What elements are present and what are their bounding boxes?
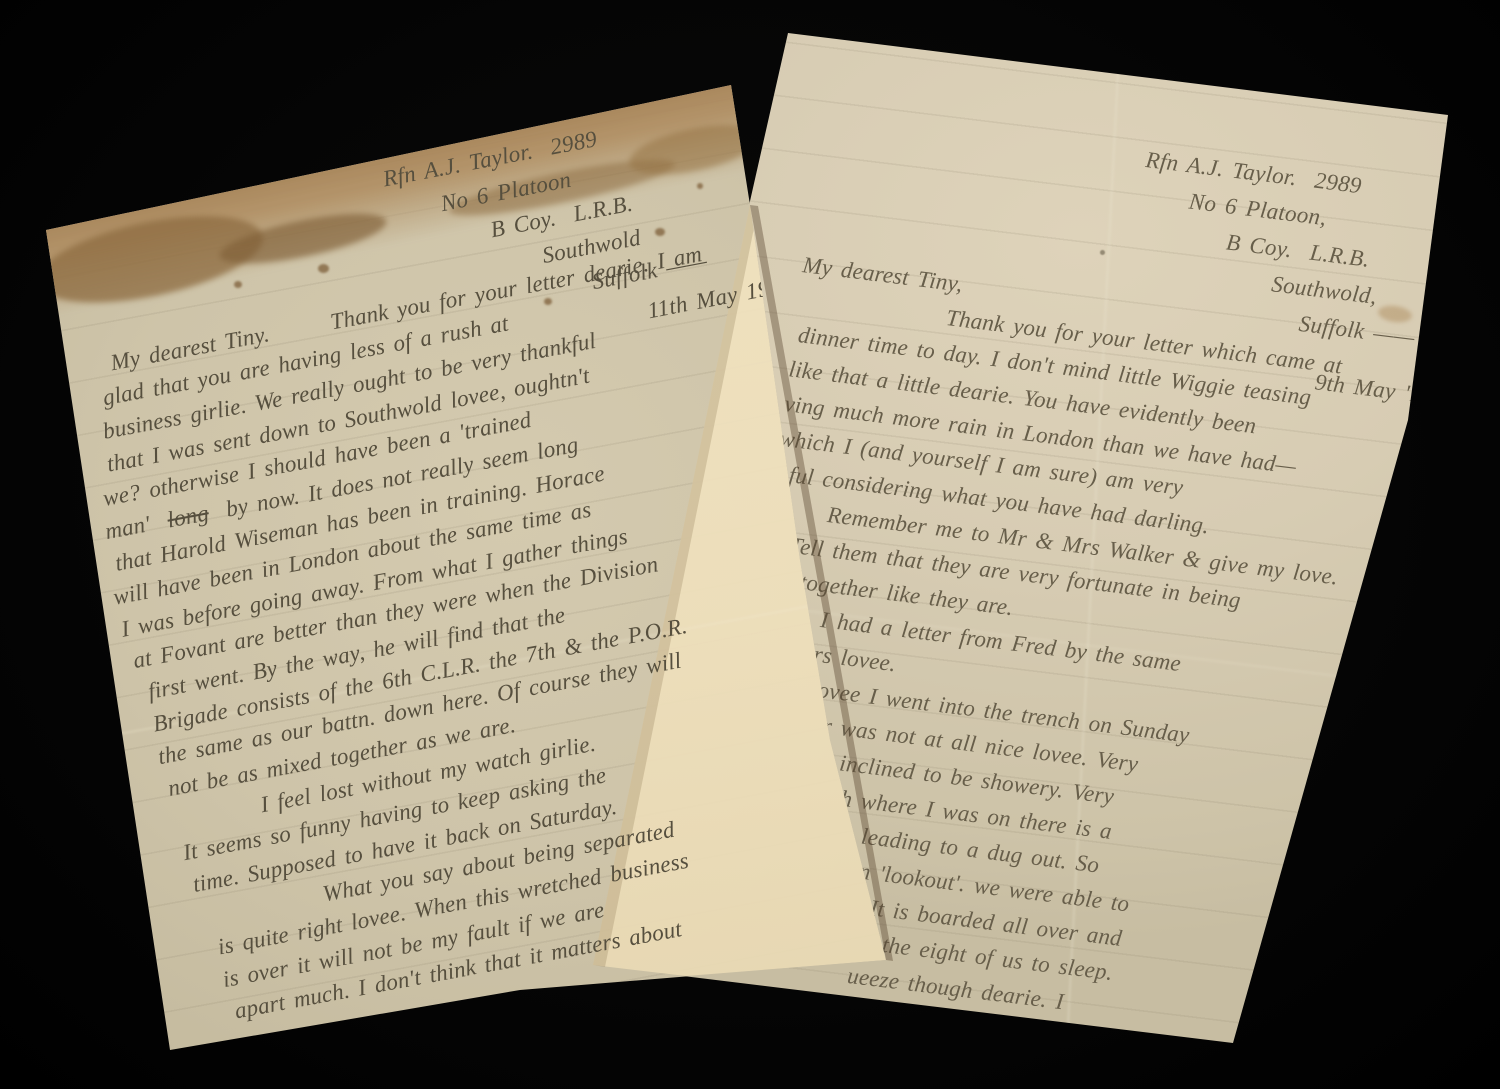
stain-speck: [318, 264, 329, 273]
photo-background: Rfn A.J. Taylor. 2989No 6 Platoon,B Coy.…: [0, 0, 1500, 1089]
ink-speck: [1100, 250, 1105, 255]
stain-speck: [234, 281, 242, 288]
